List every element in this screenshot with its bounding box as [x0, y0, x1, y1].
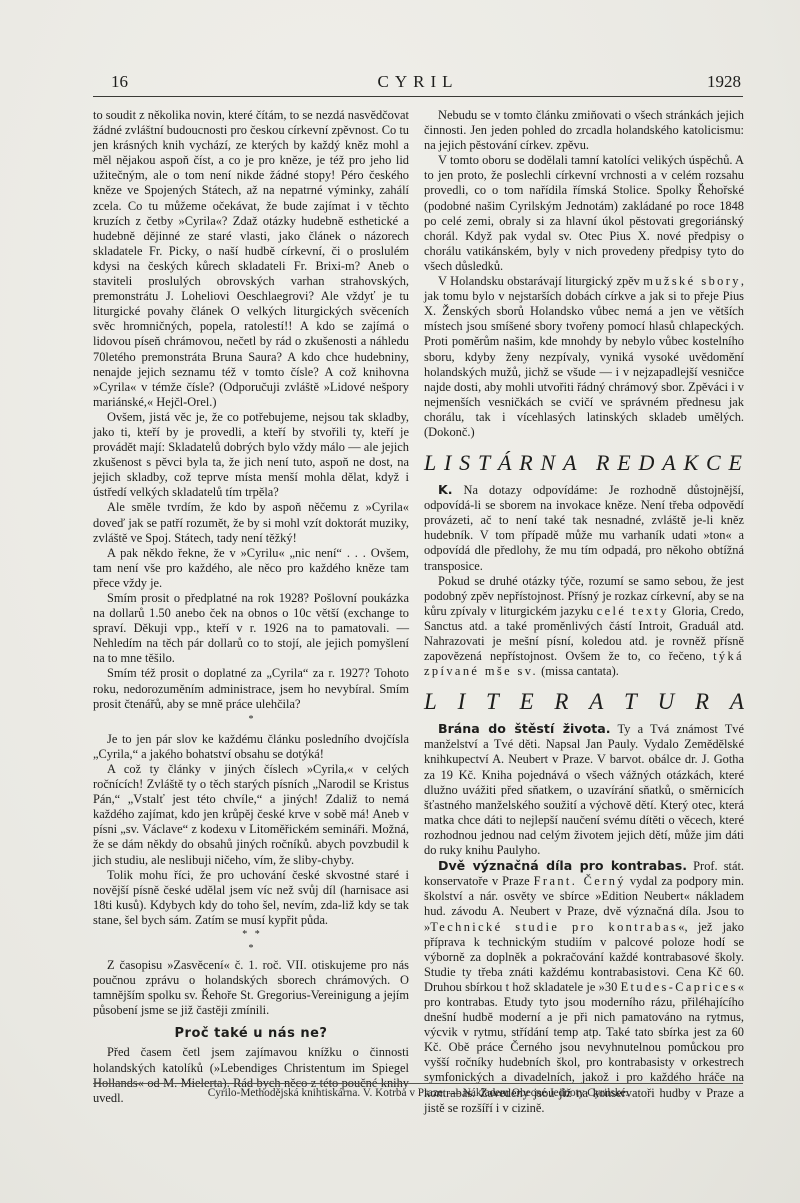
text-run: (missa cantata).: [538, 664, 619, 678]
paragraph: Nebudu se v tomto článku zmiňovati o vše…: [424, 108, 744, 153]
asterism-separator-top: * *: [93, 930, 409, 940]
title-letter: R: [695, 689, 709, 715]
paragraph: A což ty články v jiných číslech »Cyrila…: [93, 762, 409, 868]
journal-title: CYRIL: [93, 72, 743, 92]
spaced-emphasis: celé texty: [597, 604, 669, 618]
printer-imprint: Cyrilo-Methodějská knihtiskárna. V. Kotr…: [93, 1087, 743, 1099]
paragraph: Z časopisu »Zasvěcení« č. 1. roč. VII. o…: [93, 958, 409, 1018]
title-letter: N: [541, 450, 558, 476]
title-letter: C: [706, 450, 723, 476]
book-title: Brána do štěstí života.: [438, 721, 611, 736]
header-divider: [93, 96, 743, 97]
spaced-emphasis: Etudes-Caprices: [621, 980, 738, 994]
title-letter: E: [728, 450, 743, 476]
book-review: Brána do štěstí života. Ty a Tvá známost…: [424, 721, 744, 858]
paragraph: Pokud se druhé otázky týče, rozumí se sa…: [424, 574, 744, 680]
title-letter: L: [424, 450, 438, 476]
title-letter: I: [458, 689, 466, 715]
book-review: Dvě význačná díla pro kontrabas. Prof. s…: [424, 858, 744, 1116]
section-title-literatura: L I T E R A T U R A: [424, 689, 744, 715]
paragraph: V Holandsku obstarávají liturgický zpěv …: [424, 274, 744, 440]
paragraph: Smím též prosit o doplatné za „Cyrila“ z…: [93, 666, 409, 711]
spaced-emphasis: Frant. Černý: [534, 874, 626, 888]
title-letter: U: [658, 689, 675, 715]
title-letter: R: [596, 450, 611, 476]
text-run: V Holandsku obstarávají liturgický zpěv: [438, 274, 643, 288]
title-letter: Á: [498, 450, 513, 476]
paragraph: V tomto oboru se dodělali tamní katolíci…: [424, 153, 744, 274]
paragraph: Ale směle tvrdím, že kdo by aspoň něčemu…: [93, 500, 409, 545]
title-letter: I: [444, 450, 453, 476]
text-run: Ty a Tvá známost Tvé manželství a Tvé dě…: [424, 722, 744, 857]
paragraph: to soudit z několika novin, které čítám,…: [93, 108, 409, 410]
text-run: Na dotazy odpovídáme: Je rozhodně důstoj…: [424, 483, 744, 572]
paragraph: Tolik mohu říci, že pro uchování české s…: [93, 868, 409, 928]
spaced-emphasis: Technické studie pro kontrabas: [430, 920, 678, 934]
title-letter: E: [617, 450, 632, 476]
scanned-page: 16 CYRIL 1928 to soudit z několika novin…: [0, 0, 800, 1203]
running-header: 16 CYRIL 1928: [93, 72, 743, 96]
footer-divider: [93, 1083, 743, 1084]
left-column: to soudit z několika novin, které čítám,…: [93, 108, 409, 1106]
spaced-emphasis: mužské sbory: [643, 274, 741, 288]
paragraph: Je to jen pár slov ke každému článku pos…: [93, 732, 409, 762]
asterism-separator-bottom: *: [93, 944, 409, 954]
title-letter: T: [478, 450, 492, 476]
publication-year: 1928: [707, 72, 741, 92]
paragraph: Ovšem, jistá věc je, že co potřebujeme, …: [93, 410, 409, 501]
paragraph: A pak někdo řekne, že v »Cyrilu« „nic ne…: [93, 546, 409, 591]
title-space: [584, 450, 590, 476]
title-letter: R: [554, 689, 568, 715]
title-letter: K: [683, 450, 700, 476]
text-run: , jak tomu bylo v nejstarších dobách cír…: [424, 274, 744, 439]
title-letter: A: [730, 689, 744, 715]
title-letter: D: [639, 450, 657, 476]
title-letter: S: [459, 450, 472, 476]
addressee-initial: K.: [438, 482, 453, 497]
book-title: Dvě význačná díla pro kontrabas.: [438, 858, 687, 873]
title-letter: T: [486, 689, 499, 715]
title-letter: A: [563, 450, 578, 476]
title-letter: L: [424, 689, 437, 715]
right-column: Nebudu se v tomto článku zmiňovati o vše…: [424, 108, 744, 1116]
title-letter: R: [519, 450, 534, 476]
title-letter: T: [624, 689, 637, 715]
section-title-listarna-redakce: L I S T Á R N A R E D A K C E: [424, 450, 744, 476]
paragraph: K. Na dotazy odpovídáme: Je rozhodně důs…: [424, 482, 744, 574]
title-letter: A: [589, 689, 603, 715]
title-letter: A: [662, 450, 677, 476]
paragraph: Smím prosit o předplatné na rok 1928? Po…: [93, 591, 409, 666]
article-subheading: Proč také u nás ne?: [93, 1026, 409, 1041]
asterisk-separator: *: [93, 714, 409, 726]
title-letter: E: [520, 689, 534, 715]
